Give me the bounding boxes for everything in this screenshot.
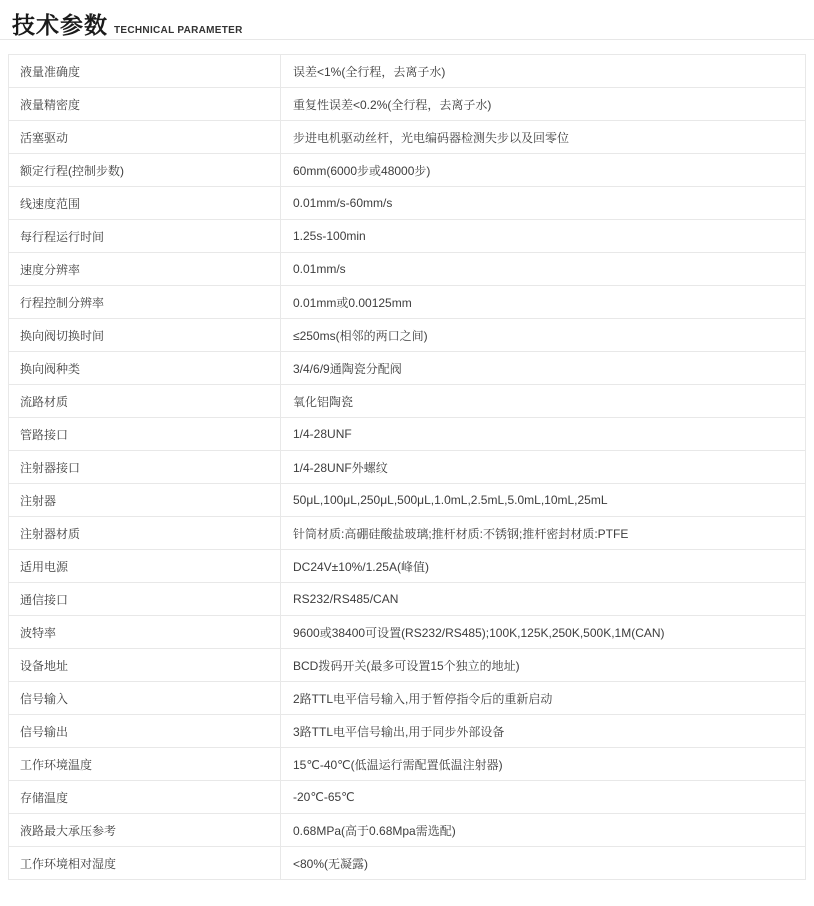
param-label: 活塞驱动	[9, 121, 281, 154]
spec-table-container: 液量准确度 误差<1%(全行程，去离子水) 液量精密度 重复性误差<0.2%(全…	[8, 54, 806, 880]
param-value: 3路TTL电平信号输出,用于同步外部设备	[281, 715, 806, 748]
param-value: 50μL,100μL,250μL,500μL,1.0mL,2.5mL,5.0mL…	[281, 484, 806, 517]
param-label: 注射器材质	[9, 517, 281, 550]
param-label: 液路最大承压参考	[9, 814, 281, 847]
param-value: 氧化铝陶瓷	[281, 385, 806, 418]
param-label: 工作环境温度	[9, 748, 281, 781]
table-row: 管路接口 1/4-28UNF	[9, 418, 806, 451]
table-row: 额定行程(控制步数) 60mm(6000步或48000步)	[9, 154, 806, 187]
table-row: 存储温度 -20℃-65℃	[9, 781, 806, 814]
param-label: 适用电源	[9, 550, 281, 583]
table-row: 工作环境相对湿度 <80%(无凝露)	[9, 847, 806, 880]
param-value: ≤250ms(相邻的两口之间)	[281, 319, 806, 352]
table-row: 液路最大承压参考 0.68MPa(高于0.68Mpa需选配)	[9, 814, 806, 847]
table-row: 注射器 50μL,100μL,250μL,500μL,1.0mL,2.5mL,5…	[9, 484, 806, 517]
table-row: 液量准确度 误差<1%(全行程，去离子水)	[9, 55, 806, 88]
param-label: 工作环境相对湿度	[9, 847, 281, 880]
param-label: 线速度范围	[9, 187, 281, 220]
page-subtitle: TECHNICAL PARAMETER	[114, 25, 243, 36]
param-label: 液量精密度	[9, 88, 281, 121]
param-label: 通信接口	[9, 583, 281, 616]
param-label: 流路材质	[9, 385, 281, 418]
param-label: 速度分辨率	[9, 253, 281, 286]
param-value: DC24V±10%/1.25A(峰值)	[281, 550, 806, 583]
table-row: 适用电源 DC24V±10%/1.25A(峰值)	[9, 550, 806, 583]
param-value: <80%(无凝露)	[281, 847, 806, 880]
technical-parameter-page: { "header": { "title_cn": "技术参数", "title…	[0, 0, 814, 906]
table-row: 行程控制分辨率 0.01mm或0.00125mm	[9, 286, 806, 319]
param-label: 注射器	[9, 484, 281, 517]
param-value: 0.01mm或0.00125mm	[281, 286, 806, 319]
param-value: 0.01mm/s	[281, 253, 806, 286]
table-row: 速度分辨率 0.01mm/s	[9, 253, 806, 286]
param-value: BCD拨码开关(最多可设置15个独立的地址)	[281, 649, 806, 682]
param-value: 1/4-28UNF外螺纹	[281, 451, 806, 484]
param-value: 1/4-28UNF	[281, 418, 806, 451]
param-label: 信号输入	[9, 682, 281, 715]
table-row: 液量精密度 重复性误差<0.2%(全行程，去离子水)	[9, 88, 806, 121]
table-row: 每行程运行时间 1.25s-100min	[9, 220, 806, 253]
param-label: 管路接口	[9, 418, 281, 451]
param-label: 设备地址	[9, 649, 281, 682]
param-value: 针筒材质:高硼硅酸盐玻璃;推杆材质:不锈钢;推杆密封材质:PTFE	[281, 517, 806, 550]
technical-parameter-table: 液量准确度 误差<1%(全行程，去离子水) 液量精密度 重复性误差<0.2%(全…	[8, 54, 806, 880]
param-value: 0.01mm/s-60mm/s	[281, 187, 806, 220]
table-row: 活塞驱动 步进电机驱动丝杆，光电编码器检测失步以及回零位	[9, 121, 806, 154]
param-value: 60mm(6000步或48000步)	[281, 154, 806, 187]
table-row: 流路材质 氧化铝陶瓷	[9, 385, 806, 418]
table-row: 线速度范围 0.01mm/s-60mm/s	[9, 187, 806, 220]
param-label: 额定行程(控制步数)	[9, 154, 281, 187]
table-row: 信号输出 3路TTL电平信号输出,用于同步外部设备	[9, 715, 806, 748]
param-label: 注射器接口	[9, 451, 281, 484]
param-label: 行程控制分辨率	[9, 286, 281, 319]
table-row: 换向阀切换时间 ≤250ms(相邻的两口之间)	[9, 319, 806, 352]
page-header: 技术参数 TECHNICAL PARAMETER	[0, 0, 814, 40]
page-title: 技术参数	[12, 7, 108, 40]
param-label: 每行程运行时间	[9, 220, 281, 253]
param-value: 3/4/6/9通陶瓷分配阀	[281, 352, 806, 385]
param-value: 误差<1%(全行程，去离子水)	[281, 55, 806, 88]
table-row: 工作环境温度 15℃-40℃(低温运行需配置低温注射器)	[9, 748, 806, 781]
table-row: 注射器材质 针筒材质:高硼硅酸盐玻璃;推杆材质:不锈钢;推杆密封材质:PTFE	[9, 517, 806, 550]
param-value: 15℃-40℃(低温运行需配置低温注射器)	[281, 748, 806, 781]
table-row: 波特率 9600或38400可设置(RS232/RS485);100K,125K…	[9, 616, 806, 649]
param-label: 换向阀种类	[9, 352, 281, 385]
param-label: 换向阀切换时间	[9, 319, 281, 352]
param-value: 1.25s-100min	[281, 220, 806, 253]
param-label: 液量准确度	[9, 55, 281, 88]
table-row: 通信接口 RS232/RS485/CAN	[9, 583, 806, 616]
param-value: 重复性误差<0.2%(全行程，去离子水)	[281, 88, 806, 121]
technical-parameter-table-body: 液量准确度 误差<1%(全行程，去离子水) 液量精密度 重复性误差<0.2%(全…	[9, 55, 806, 880]
param-value: 0.68MPa(高于0.68Mpa需选配)	[281, 814, 806, 847]
param-label: 信号输出	[9, 715, 281, 748]
param-value: -20℃-65℃	[281, 781, 806, 814]
param-label: 存储温度	[9, 781, 281, 814]
table-row: 注射器接口 1/4-28UNF外螺纹	[9, 451, 806, 484]
table-row: 设备地址 BCD拨码开关(最多可设置15个独立的地址)	[9, 649, 806, 682]
table-row: 换向阀种类 3/4/6/9通陶瓷分配阀	[9, 352, 806, 385]
table-row: 信号输入 2路TTL电平信号输入,用于暂停指令后的重新启动	[9, 682, 806, 715]
param-label: 波特率	[9, 616, 281, 649]
param-value: 9600或38400可设置(RS232/RS485);100K,125K,250…	[281, 616, 806, 649]
param-value: RS232/RS485/CAN	[281, 583, 806, 616]
param-value: 步进电机驱动丝杆，光电编码器检测失步以及回零位	[281, 121, 806, 154]
param-value: 2路TTL电平信号输入,用于暂停指令后的重新启动	[281, 682, 806, 715]
